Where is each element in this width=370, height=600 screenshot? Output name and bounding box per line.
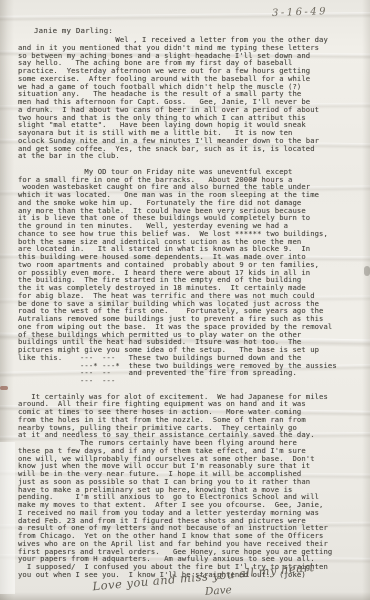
letter-line: at the bar in the club. bbox=[18, 152, 368, 160]
scan-edge-shadow-bottom bbox=[0, 592, 370, 600]
salutation: Janie my Darling: bbox=[34, 26, 113, 35]
handwritten-date: 3-16-49 bbox=[272, 6, 328, 19]
paper-light-patch bbox=[0, 442, 15, 594]
red-edge-mark bbox=[0, 386, 8, 390]
letter-body: Wel , I received a letter from you the o… bbox=[18, 36, 368, 579]
letter-page: 3-16-49 Janie my Darling: Wel , I receiv… bbox=[0, 0, 370, 600]
signature: Dave bbox=[205, 584, 233, 598]
letter-line: --- --- bbox=[18, 377, 368, 385]
